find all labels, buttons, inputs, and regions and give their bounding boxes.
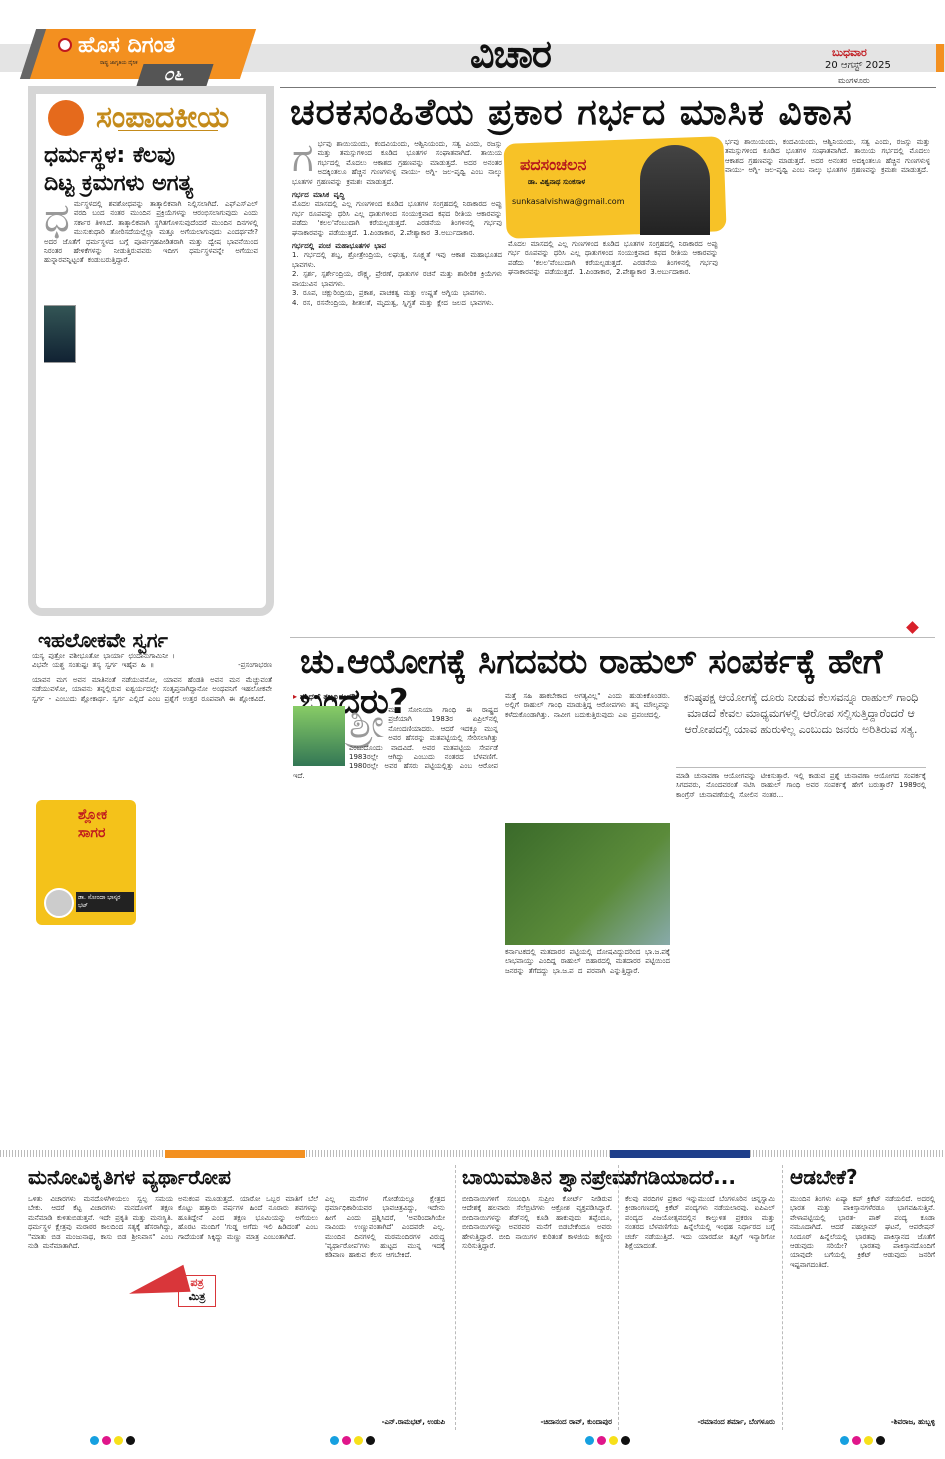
shloka-verse: ಯಸ್ಯ ಪುತ್ರೋ ವಶೀಭೂತೋ ಭಾರ್ಯಾ ಛಂದಾನುಗಾಮಿನೀ … [32, 652, 272, 671]
column-divider [782, 1165, 783, 1430]
patra-mitra-logo: ಪತ್ರ ಮಿತ್ರ [178, 1275, 216, 1307]
column-divider [618, 1165, 619, 1430]
article1-headline[interactable]: ಚರಕಸಂಹಿತೆಯ ಪ್ರಕಾರ ಗರ್ಭದ ಮಾಸಿಕ ವಿಕಾಸ [290, 92, 853, 134]
registration-mark [585, 1436, 630, 1445]
edition-city: ಮಂಗಳೂರು [838, 76, 870, 86]
letters-accent-orange [165, 1150, 305, 1158]
editorial-dropcap: ಧ [44, 200, 70, 236]
registration-mark [90, 1436, 135, 1445]
shloka-author: ಡಾ. ಸೋಂದಾ ಭಾಸ್ಕರ ಭಟ್ [76, 892, 134, 912]
article1-subhead1: ಗರ್ಭದ ಮಾಸಿಕ ವೃದ್ಧಿ [292, 191, 502, 200]
letter3-body: ಕೆಲವು ವರದಿಗಳ ಪ್ರಕಾರ ಇನ್ನುಮುಂದೆ ಬೆಂಗಳೂರಿನ… [625, 1195, 775, 1420]
photo-caption: ಕರ್ನಾಟಕದಲ್ಲಿ ಮತದಾರರ ಪಟ್ಟಿಯಲ್ಲಿ ದೋಷವಿದ್ದು… [505, 948, 670, 1148]
list-item: 2. ಸ್ಪರ್ಶ, ಸ್ಪರ್ಶೇಂದ್ರಿಯ, ರೌಕ್ಷ್ಯ, ಪ್ರೇರ… [292, 270, 502, 289]
article1-col2: ಮೊದಲ ಮಾಸದಲ್ಲಿ ಎಲ್ಲ ಗುಣಗಳಿಂದ ಕೂಡಿದ ಭೂತಗಳ … [508, 240, 718, 640]
section-title: ವಿಚಾರ [470, 32, 551, 77]
letter1-title: ಮನೋವಿಕೃತಿಗಳ ವ್ಯರ್ಥಾರೋಪ [28, 1165, 231, 1189]
photo-spacer [293, 706, 349, 768]
verse-source: -ಪ್ರಸಂಗಾಭರಣ [238, 661, 272, 670]
author-avatar [44, 888, 74, 918]
letter2-title: ಬಾಯಿಮಾತಿನ ಶ್ವಾನಪ್ರೇಮ [462, 1165, 631, 1189]
date-full: 20 ಆಗಸ್ಟ್ 2025 [825, 60, 891, 71]
registration-mark [840, 1436, 885, 1445]
editorial-logo-icon [48, 100, 84, 136]
article1-text2: ಮೊದಲ ಮಾಸದಲ್ಲಿ ಎಲ್ಲ ಗುಣಗಳಿಂದ ಕೂಡಿದ ಭೂತಗಳ … [292, 200, 502, 236]
article2-author: ಶಶಿಧರ್ ತಲ್ಲೂರಂಗಡಿ [300, 692, 356, 701]
letter1-col3: ಎಲ್ಲ ಮನೆಗಳ ಗೋಡೆಯಲ್ಲೂ ಕ್ಷೇತ್ರದ ಧರ್ಮಾಧಿಕಾರ… [325, 1195, 445, 1385]
verse-line2: ವಿಭವೇ ಯಶ್ಚ ಸಂತುಷ್ಟಃ ತಸ್ಯ ಸ್ವರ್ಗ ಇಹೈವ ಹಿ … [32, 661, 154, 670]
article2-col1: ಶ್ರೀ ಮತಿ ಸೋನಿಯಾ ಗಾಂಧಿ ಈ ರಾಷ್ಟ್ರದ ಪ್ರಜೆಯಾ… [293, 706, 498, 1146]
byline-arrow-icon: ▸ [293, 692, 297, 701]
shloka-sagara-badge: ಶ್ಲೋಕ ಸಾಗರ ಡಾ. ಸೋಂದಾ ಭಾಸ್ಕರ ಭಟ್ [36, 800, 136, 925]
list-item: 3. ರೂಪ, ಚಕ್ಷುರಿಂದ್ರಿಯ, ಪ್ರಕಾಶ, ಪಾಚಕತ್ವ ಮ… [292, 289, 502, 298]
shloka-title: ಇಹಲೋಕವೇ ಸ್ವರ್ಗ [38, 628, 168, 652]
editorial-body: ಧ ರ್ಮಸ್ಥಳದಲ್ಲಿ ಶವಶೋಧವನ್ನು ತಾತ್ಕಾಲಿಕವಾಗಿ … [44, 200, 258, 600]
letters-accent-blue [610, 1150, 750, 1158]
article2-dropcap: ಶ್ರೀ [349, 706, 384, 742]
section-divider [290, 637, 935, 638]
logo-emblem-icon [58, 38, 72, 52]
author-photo [640, 145, 710, 235]
letter2-signature: -ಚಿದಾನಂದ ರಾವ್, ಕುಂದಾಪುರ [462, 1418, 612, 1427]
registration-mark [330, 1436, 375, 1445]
logo-tagline: ರಾಷ್ಟ್ರ ಜಾಗೃತಿಯ ದೈನಿಕ [100, 60, 138, 66]
letter4-text: ಮುಂದಿನ ತಿಂಗಳು ಏಷ್ಯಾ ಕಪ್ ಕ್ರಿಕೆಟ್ ನಡೆಯಲಿದ… [790, 1195, 935, 1269]
quote-divider [676, 767, 926, 768]
bottom-band [0, 1150, 945, 1157]
list-item: 4. ರಸ, ರಸನೇಂದ್ರಿಯ, ಶೀತಲತೆ, ಮೃದುತ್ವ, ಸ್ನಿ… [292, 299, 502, 308]
article1-text: ರ್ಭವು ಶಾಯಿಯಂದು, ಕಂದವಿಯಂದು, ಆಶ್ವಿನಿಯಂದು, … [292, 140, 502, 186]
editorial-title: ಧರ್ಮಸ್ಥಳ: ಕೆಲವು ದಿಟ್ಟ ಕ್ರಮಗಳು ಅಗತ್ಯ [44, 142, 193, 198]
letter1-text2: ಅನುಕಂಪ ಮೂಡುತ್ತದೆ. ಯಾರೋ ಒಬ್ಬರ ಮಾತಿಗೆ ಬೆಲೆ… [178, 1195, 318, 1241]
shloka-text: ಯಾವನ ಮಗ ಅವನ ಮಾತಿನಂತೆ ನಡೆಯುವನೋ, ಯಾವನ ಹೆಂಡ… [32, 676, 272, 703]
letter4-body: ಮುಂದಿನ ತಿಂಗಳು ಏಷ್ಯಾ ಕಪ್ ಕ್ರಿಕೆಟ್ ನಡೆಯಲಿದ… [790, 1195, 935, 1420]
letter1-text3: ಎಲ್ಲ ಮನೆಗಳ ಗೋಡೆಯಲ್ಲೂ ಕ್ಷೇತ್ರದ ಧರ್ಮಾಧಿಕಾರ… [325, 1195, 445, 1259]
newspaper-logo[interactable]: ಹೊಸ ದಿಗಂತ [58, 30, 248, 60]
page-number: ೦೬ [136, 64, 213, 86]
article2-col2: ಮತ್ತೆ ಸಹಿ ಹಾಕಬೇಕಾದ ಅಗತ್ಯವಿಲ್ಲ" ಎಂದು ಹುಡು… [505, 692, 670, 822]
article1-dropcap: ಗ [292, 140, 314, 176]
letter3-title: ನೆಗಡಿಯಾದರೆ... [625, 1165, 736, 1189]
letter4-signature: -ಶಿವರಾಜ, ಹುಬ್ಬಳ್ಳಿ [790, 1418, 935, 1427]
article2-text3: ಮಾಡಿ ಚುನಾವಣಾ ಆಯೋಗವನ್ನು ಟೀಕಿಸುತ್ತಾರೆ. ಇಲ್… [676, 772, 926, 799]
list-item: 1. ಗರ್ಭದಲ್ಲಿ ಶಬ್ದ, ಶ್ರೋತ್ರೇಂದ್ರಿಯ, ಲಘುತ್… [292, 251, 502, 270]
ornament-divider [118, 130, 218, 131]
masthead-divider [280, 87, 936, 88]
logo-line2: ಮಿತ್ರ [179, 1290, 215, 1304]
article1-text4: ರ್ಭವು ಶಾಯಿಯಂದು, ಕಂದವಿಯಂದು, ಆಶ್ವಿನಿಯಂದು, … [725, 138, 930, 174]
article2-byline: ▸ ಶಶಿಧರ್ ತಲ್ಲೂರಂಗಡಿ [293, 692, 356, 702]
article1-subhead2: ಗರ್ಭದಲ್ಲಿ ಪಂಚ ಮಹಾಭೂತಗಳ ಭಾವ [292, 242, 502, 251]
letter4-title: ಆಡಬೇಕೆ? [790, 1165, 858, 1189]
letter3-signature: -ರಮಾನಂದ ಶರ್ಮಾ, ಬೆಂಗಳೂರು [625, 1418, 775, 1427]
logo-text: ಹೊಸ ದಿಗಂತ [78, 33, 175, 58]
author-email[interactable]: sunkasalvishwa@gmail.com [512, 197, 624, 206]
caption-text: ಕರ್ನಾಟಕದಲ್ಲಿ ಮತದಾರರ ಪಟ್ಟಿಯಲ್ಲಿ ದೋಷವಿದ್ದು… [505, 948, 670, 975]
article2-text2: ಮತ್ತೆ ಸಹಿ ಹಾಕಬೇಕಾದ ಅಗತ್ಯವಿಲ್ಲ" ಎಂದು ಹುಡು… [505, 692, 670, 719]
article1-col3: ರ್ಭವು ಶಾಯಿಯಂದು, ಕಂದವಿಯಂದು, ಆಶ್ವಿನಿಯಂದು, … [725, 138, 930, 628]
masked-man-photo [44, 305, 76, 363]
article2-col3: ಮಾಡಿ ಚುನಾವಣಾ ಆಯೋಗವನ್ನು ಟೀಕಿಸುತ್ತಾರೆ. ಇಲ್… [676, 772, 926, 1142]
date-day: ಬುಧವಾರ [832, 46, 867, 60]
logo-line1: ಪತ್ರ [179, 1276, 215, 1290]
letter1-text1: ಒಳಿತು ವಿಚಾರಗಳು ಮನದೊಳಗಿಳಿಯಲು ಸ್ವಲ್ಪ ಸಮಯ ಬ… [28, 1195, 173, 1250]
news-photo [505, 823, 670, 945]
article1-text3: ಮೊದಲ ಮಾಸದಲ್ಲಿ ಎಲ್ಲ ಗುಣಗಳಿಂದ ಕೂಡಿದ ಭೂತಗಳ … [508, 240, 718, 276]
pull-quote: ಕನಿಷ್ಠಪಕ್ಷ ಆಯೋಗಕ್ಕೆ ದೂರು ನೀಡುವ ಕೆಲಸವನ್ನೂ… [676, 690, 926, 738]
letter2-body: ಬೀದಿನಾಯಿಗಳಿಗೆ ಸಂಬಂಧಿಸಿ ಸುಪ್ರೀಂ ಕೋರ್ಟ್ ನೀ… [462, 1195, 612, 1420]
column-name: ಪದಸಂಚಲನ [520, 155, 586, 175]
editorial-text: ರ್ಮಸ್ಥಳದಲ್ಲಿ ಶವಶೋಧವನ್ನು ತಾತ್ಕಾಲಿಕವಾಗಿ ನಿ… [44, 200, 258, 264]
editorial-title-line2: ದಿಟ್ಟ ಕ್ರಮಗಳು ಅಗತ್ಯ [44, 170, 193, 198]
badge-title: ಶ್ಲೋಕ ಸಾಗರ [78, 806, 128, 842]
masthead-accent [936, 44, 944, 72]
article1-col1: ಗ ರ್ಭವು ಶಾಯಿಯಂದು, ಕಂದವಿಯಂದು, ಆಶ್ವಿನಿಯಂದು… [292, 140, 502, 640]
letter3-text: ಕೆಲವು ವರದಿಗಳ ಪ್ರಕಾರ ಇನ್ನುಮುಂದೆ ಬೆಂಗಳೂರಿನ… [625, 1195, 775, 1250]
verse-line1: ಯಸ್ಯ ಪುತ್ರೋ ವಶೀಭೂತೋ ಭಾರ್ಯಾ ಛಂದಾನುಗಾಮಿನೀ … [32, 652, 272, 661]
editorial-title-line1: ಧರ್ಮಸ್ಥಳ: ಕೆಲವು [44, 142, 193, 170]
column-divider [455, 1165, 456, 1430]
letter2-text: ಬೀದಿನಾಯಿಗಳಿಗೆ ಸಂಬಂಧಿಸಿ ಸುಪ್ರೀಂ ಕೋರ್ಟ್ ನೀ… [462, 1195, 612, 1250]
article1-author: ಡಾ. ವಿಶ್ವನಾಥ ಸುಂಕಸಾಳ [528, 178, 585, 187]
letter1-signature: -ಎನ್.ರಾಮಭಟ್, ಉಡುಪಿ [325, 1418, 445, 1427]
